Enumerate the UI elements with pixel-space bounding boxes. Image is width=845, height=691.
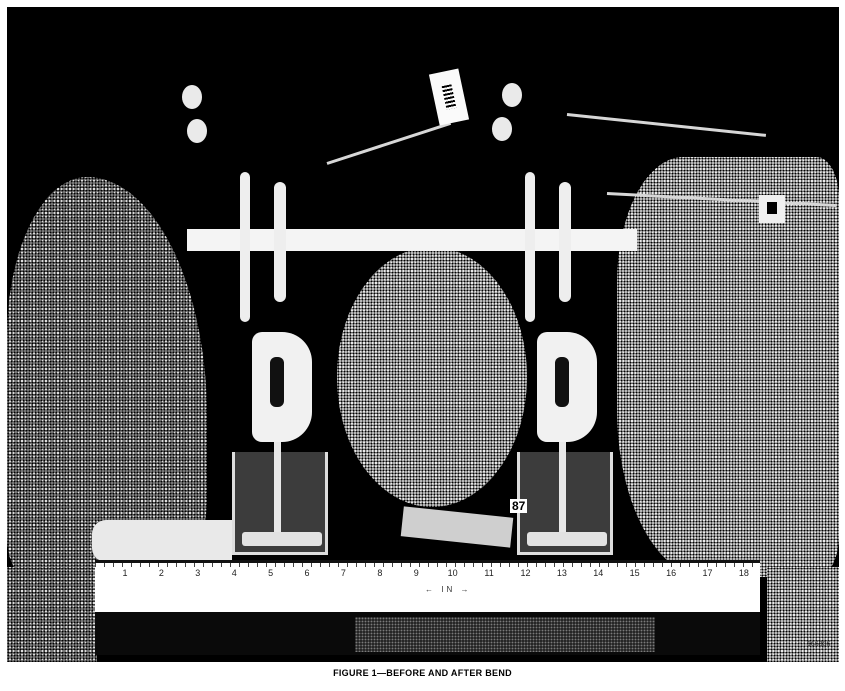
fixture-post xyxy=(559,182,571,302)
background-shade-bottom-left xyxy=(7,567,97,662)
ruler-number: 7 xyxy=(335,568,351,582)
background-shade-left xyxy=(7,177,207,577)
ruler-number: 3 xyxy=(190,568,206,582)
connector-knob xyxy=(187,119,207,143)
fixture-post xyxy=(240,172,250,322)
sample-marker-label: 87 xyxy=(510,499,527,513)
base-board xyxy=(95,612,760,655)
fixture-base xyxy=(242,532,322,546)
ruler-number: 11 xyxy=(481,568,497,582)
background-shade-right xyxy=(617,157,839,577)
fixture-post xyxy=(525,172,535,322)
fixture-before-bend xyxy=(212,152,322,552)
identification-tag xyxy=(429,68,469,125)
ruler-number: 17 xyxy=(700,568,716,582)
ruler-number: 1 xyxy=(117,568,133,582)
ruler-number: 5 xyxy=(263,568,279,582)
ruler-number: 8 xyxy=(372,568,388,582)
ruler-number: 6 xyxy=(299,568,315,582)
ruler-ticks xyxy=(95,563,760,567)
ruler-number: 12 xyxy=(517,568,533,582)
ruler-number: 14 xyxy=(590,568,606,582)
ruler-number: 13 xyxy=(554,568,570,582)
fixture-body xyxy=(537,332,597,442)
fixture-body xyxy=(252,332,312,442)
ruler-number: 10 xyxy=(445,568,461,582)
ruler-number: 16 xyxy=(663,568,679,582)
ruler-number: 2 xyxy=(153,568,169,582)
ruler-numbers: 123456789101112131415161718 xyxy=(117,568,760,582)
fixture-post xyxy=(274,182,286,302)
fixture-rod xyxy=(559,442,566,532)
connector-knob xyxy=(182,85,202,109)
cable xyxy=(327,122,452,165)
connector-knob xyxy=(492,117,512,141)
square-tag xyxy=(759,195,785,223)
fixture-rod xyxy=(274,442,281,532)
ruler-unit-label: ← IN → xyxy=(425,585,471,594)
ruler-number: 18 xyxy=(736,568,752,582)
cable xyxy=(567,113,766,137)
ruler-number: 9 xyxy=(408,568,424,582)
connector-knob xyxy=(502,83,522,107)
base-board-shading xyxy=(355,617,655,652)
measuring-ruler: 123456789101112131415161718 ← IN → xyxy=(95,560,760,615)
photo-serial-number: 166306 xyxy=(807,641,830,648)
ruler-number: 4 xyxy=(226,568,242,582)
fixture-base xyxy=(527,532,607,546)
bent-sample-plate xyxy=(92,520,232,562)
ruler-number: 15 xyxy=(627,568,643,582)
fixture-after-bend xyxy=(497,152,607,552)
figure-caption: FIGURE 1—BEFORE AND AFTER BEND xyxy=(0,668,845,678)
